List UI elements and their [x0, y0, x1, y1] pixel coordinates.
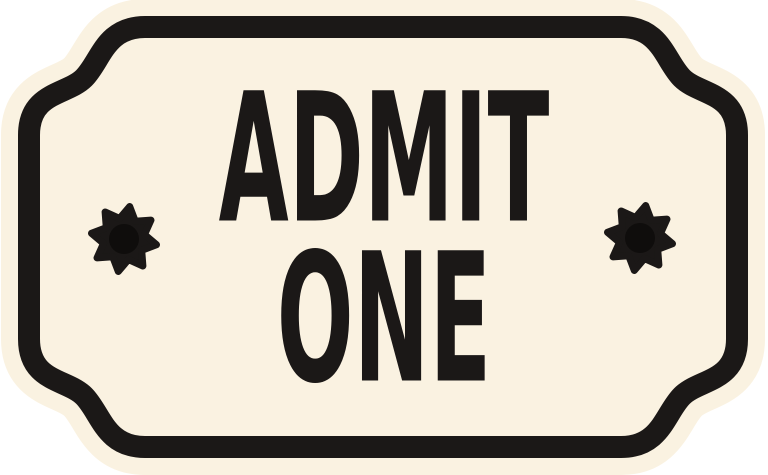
starburst-icon	[600, 198, 680, 278]
ticket-text-line-2: ONE	[277, 231, 492, 410]
starburst-icon	[84, 199, 164, 279]
admit-one-ticket-sticker: ADMIT ONE	[0, 0, 768, 475]
